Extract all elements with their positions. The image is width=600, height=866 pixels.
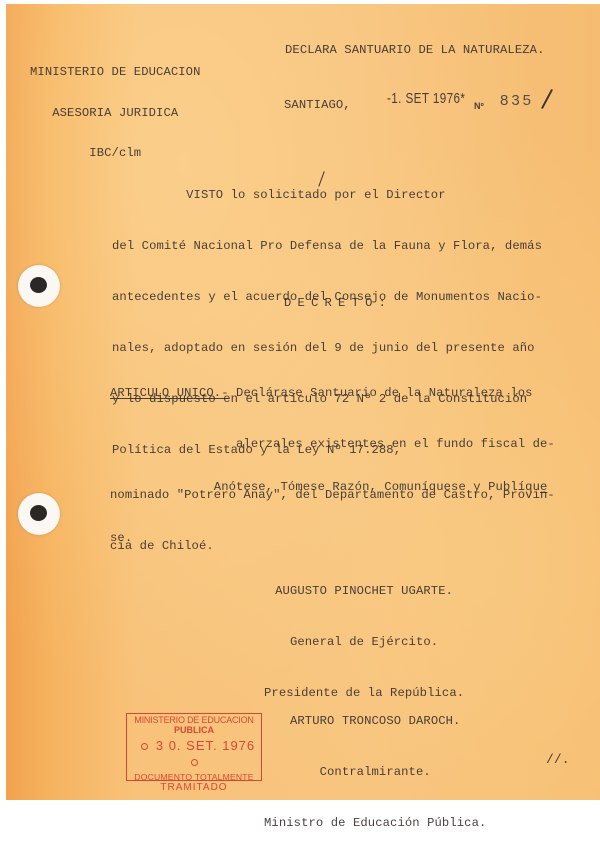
signatory-name: AUGUSTO PINOCHET UGARTE. [264,583,464,600]
visto-line: VISTO lo solicitado por el Director [112,187,542,204]
articulo-text: Declárase Santuario de la Naturaleza los [229,386,533,400]
page-end-mark: //. [546,751,570,768]
closing-line: se. [110,530,547,547]
stamp-dot-icon [141,743,148,750]
articulo-first-line: ARTICULO UNICO.- Declárase Santuario de … [110,385,555,402]
pen-slash-mark [541,89,553,109]
punch-hole [18,265,60,307]
closing-text: Anótese, Tómese Razón, Comuníquese y Pub… [110,480,540,494]
ministry-stamp: MINISTERIO DE EDUCACION PUBLICA 3 0. SET… [126,713,262,781]
dateline-city: SANTIAGO, [284,97,351,114]
articulo-label: ARTICULO UNICO.- [110,386,229,400]
stamp-date: 3 0. SET. 1976 [156,738,255,753]
stamp-dot-icon [191,759,198,766]
signatory-rank: General de Ejército. [264,634,464,651]
stamp-status: DOCUMENTO TOTALMENTE [127,772,261,782]
stamp-publica: PUBLICA [127,725,261,735]
decree-number: 835 [500,92,534,109]
closing-underlined-char: e [540,480,547,494]
decreto-heading: DECRETO: [284,295,392,312]
document-page: MINISTERIO DE EDUCACION ASESORIA JURIDIC… [6,4,600,800]
stamp-date-row: 3 0. SET. 1976 [127,738,261,770]
stamp-ministry: MINISTERIO DE EDUCACION [127,715,261,725]
punch-hole [18,493,60,535]
ministry-name: MINISTERIO DE EDUCACION [30,66,201,80]
signatory-name: ARTURO TRONCOSO DAROCH. [264,713,486,730]
signature-block-minister: ARTURO TRONCOSO DAROCH. Contralmirante. … [264,679,486,800]
signatory-rank: Contralmirante. [264,764,486,781]
stamp-status-2: TRAMITADO [127,782,261,793]
stamped-date: -1. SET 1976* [387,90,465,107]
document-title: DECLARA SANTUARIO DE LA NATURALEZA. [285,42,544,59]
number-label: Nº [474,101,484,111]
ministry-department: ASESORIA JURIDICA [30,107,201,121]
closing-line: Anótese, Tómese Razón, Comuníquese y Pub… [110,479,547,496]
visto-line: del Comité Nacional Pro Defensa de la Fa… [112,238,542,255]
